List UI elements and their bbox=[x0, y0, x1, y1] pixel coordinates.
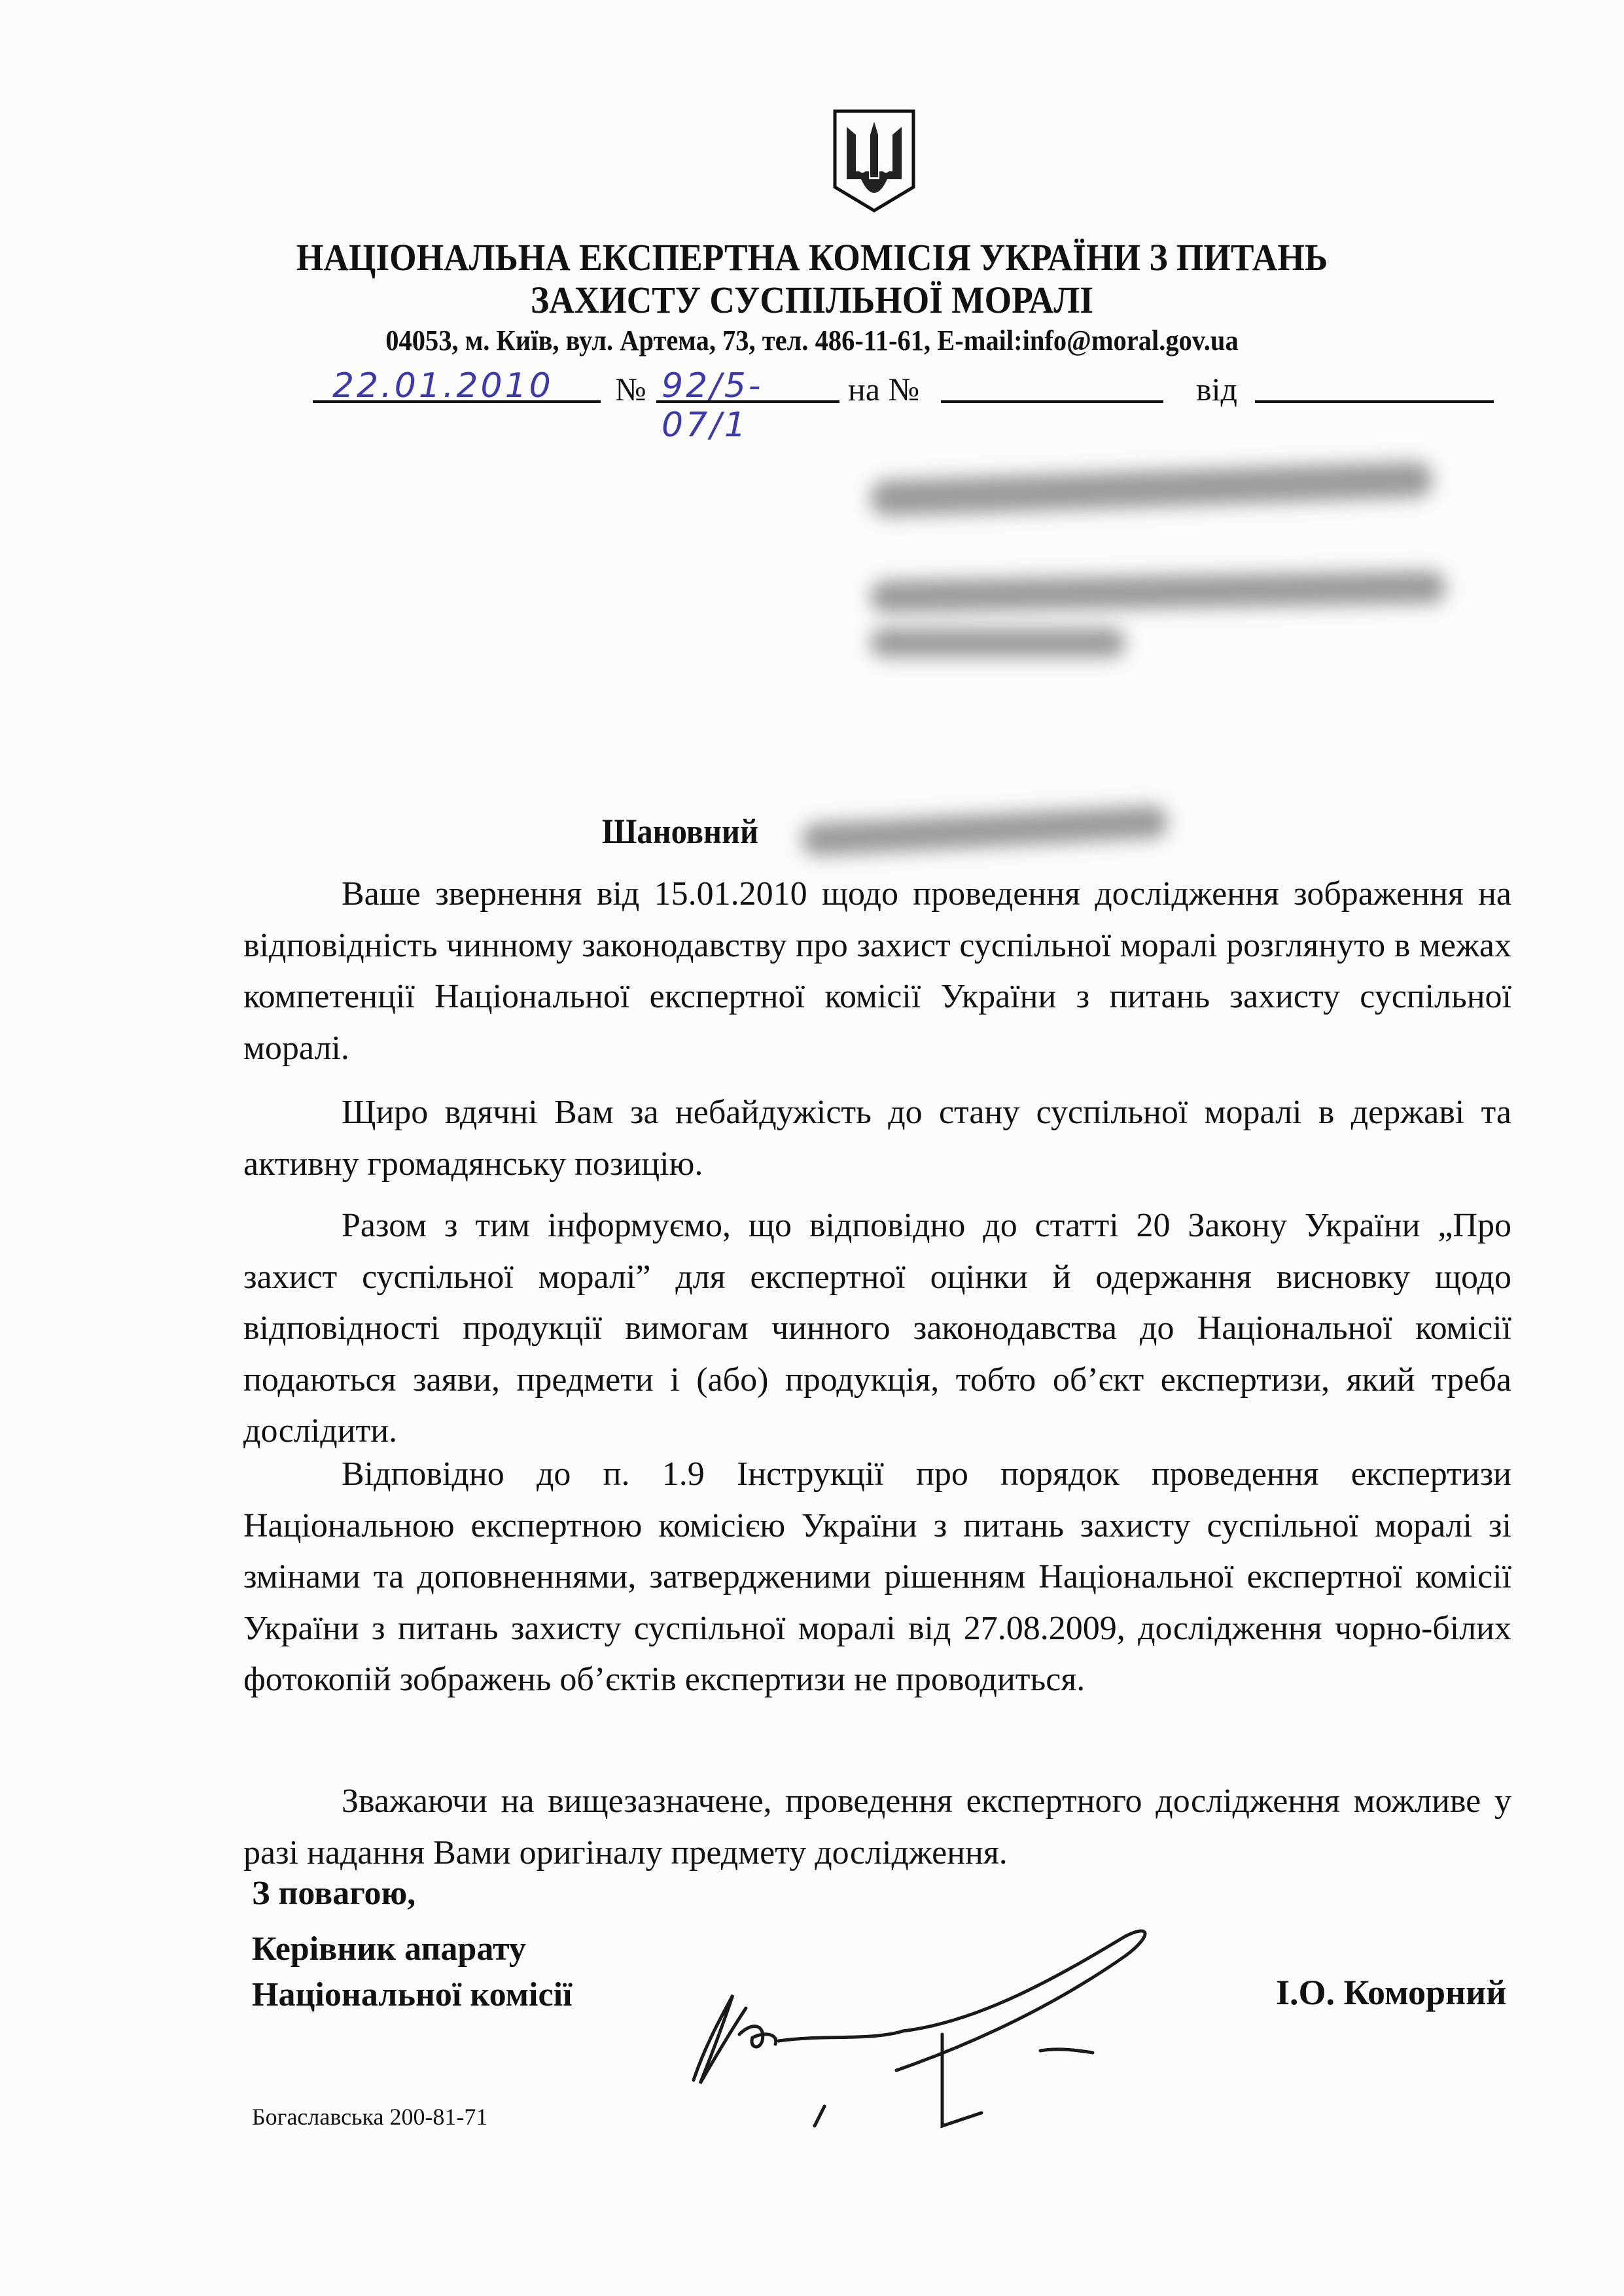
position-line2: Національної комісії bbox=[252, 1972, 572, 2018]
signer-position: Керівник апарату Національної комісії bbox=[252, 1926, 572, 2018]
number-handwritten: 92/5-07/1 bbox=[662, 366, 839, 445]
number-field: 92/5-07/1 bbox=[656, 365, 839, 403]
number-label: № bbox=[615, 370, 646, 408]
salutation: Шановний bbox=[602, 811, 758, 852]
body-paragraph-3: Разом з тим інформуємо, що відповідно до… bbox=[243, 1200, 1511, 1457]
from-field bbox=[1255, 365, 1494, 403]
body-paragraph-5: Зважаючи на вищезазначене, проведення ек… bbox=[243, 1776, 1511, 1879]
redacted-recipient-name bbox=[801, 805, 1169, 856]
reply-to-field bbox=[941, 365, 1163, 403]
body-paragraph-4: Відповідно до п. 1.9 Інструкції про поря… bbox=[243, 1449, 1511, 1706]
trident-coat-of-arms-icon bbox=[832, 109, 916, 213]
body-paragraph-1: Ваше звернення від 15.01.2010 щодо прове… bbox=[243, 869, 1511, 1074]
from-label: від bbox=[1196, 370, 1237, 408]
position-line1: Керівник апарату bbox=[252, 1926, 572, 1972]
signer-name: І.О. Коморний bbox=[1276, 1972, 1506, 2013]
org-address: 04053, м. Київ, вул. Артема, 73, тел. 48… bbox=[65, 324, 1559, 357]
org-name-line2: ЗАХИСТУ СУСПІЛЬНОЇ МОРАЛІ bbox=[65, 278, 1559, 322]
closing-regards: З повагою, bbox=[252, 1871, 415, 1917]
salutation-text: Шановний bbox=[602, 812, 758, 851]
executor-footer: Богаславська 200-81-71 bbox=[252, 2103, 487, 2131]
org-name-line1: НАЦІОНАЛЬНА ЕКСПЕРТНА КОМІСІЯ УКРАЇНИ З … bbox=[65, 235, 1559, 279]
registration-line: 22.01.2010 № 92/5-07/1 на № від bbox=[313, 365, 1504, 411]
date-field: 22.01.2010 bbox=[313, 365, 601, 403]
signature-icon bbox=[654, 1910, 1243, 2146]
date-handwritten: 22.01.2010 bbox=[332, 366, 554, 406]
reply-to-label: на № bbox=[848, 370, 919, 408]
body-paragraph-2: Щиро вдячні Вам за небайдужість до стану… bbox=[243, 1087, 1511, 1190]
